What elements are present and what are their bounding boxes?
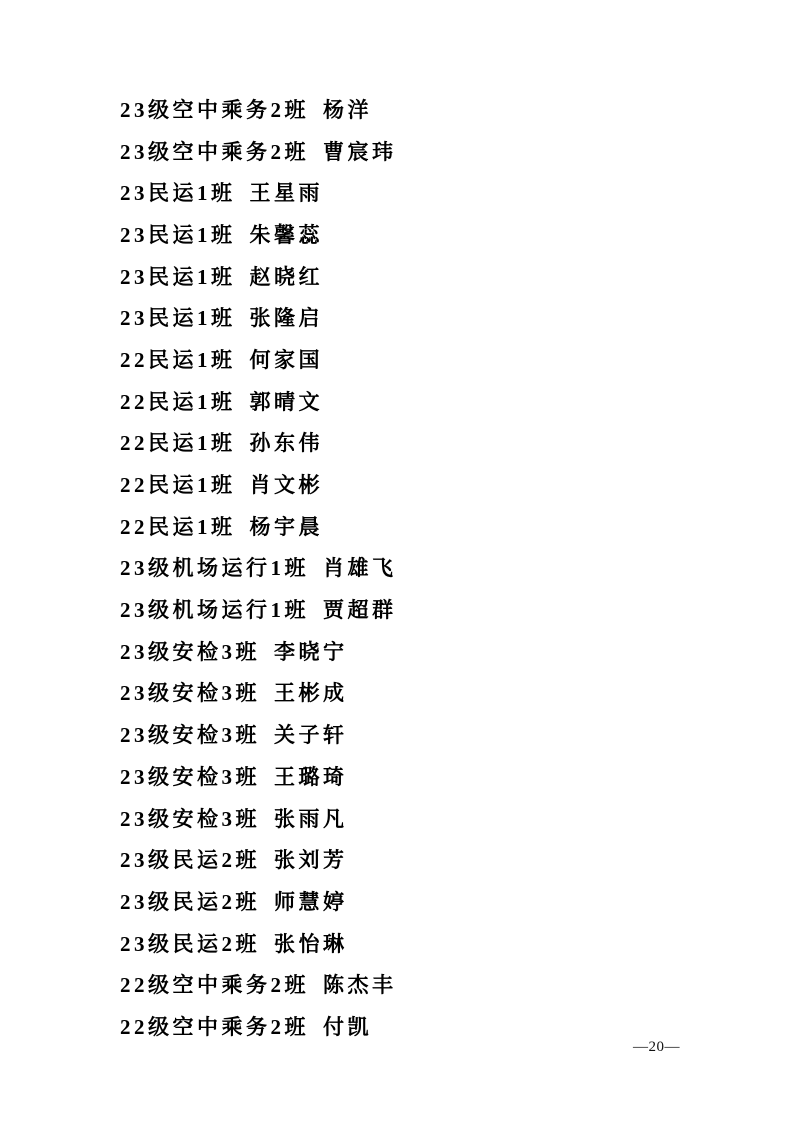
class-label: 23级机场运行1班 — [120, 594, 309, 624]
student-name: 陈杰丰 — [323, 969, 397, 999]
student-name: 关子轩 — [274, 719, 348, 749]
roster-row: 23级安检3班 王彬成 — [120, 672, 733, 714]
class-label: 23民运1班 — [120, 177, 236, 207]
class-label: 22民运1班 — [120, 427, 236, 457]
class-label: 23民运1班 — [120, 302, 236, 332]
class-label: 23级民运2班 — [120, 928, 260, 958]
class-label: 23级机场运行1班 — [120, 552, 309, 582]
student-name: 师慧婷 — [274, 886, 348, 916]
student-name: 张怡琳 — [274, 928, 348, 958]
student-name: 杨宇晨 — [250, 511, 324, 541]
roster-row: 23级民运2班 师慧婷 — [120, 880, 733, 922]
roster-row: 22民运1班 何家国 — [120, 338, 733, 380]
class-label: 22级空中乘务2班 — [120, 969, 309, 999]
class-label: 22民运1班 — [120, 469, 236, 499]
roster-row: 23级安检3班 关子轩 — [120, 713, 733, 755]
class-label: 23民运1班 — [120, 261, 236, 291]
class-label: 22民运1班 — [120, 386, 236, 416]
roster-row: 23级民运2班 张刘芳 — [120, 838, 733, 880]
student-name: 张雨凡 — [274, 803, 348, 833]
student-name: 孙东伟 — [250, 427, 324, 457]
student-name: 赵晓红 — [250, 261, 324, 291]
student-name: 李晓宁 — [274, 636, 348, 666]
student-name: 曹宸玮 — [323, 136, 397, 166]
roster-row: 23民运1班 张隆启 — [120, 296, 733, 338]
class-label: 23级安检3班 — [120, 719, 260, 749]
student-name: 张隆启 — [250, 302, 324, 332]
roster-row: 23级机场运行1班 肖雄飞 — [120, 547, 733, 589]
student-roster: 23级空中乘务2班 杨洋 23级空中乘务2班 曹宸玮 23民运1班 王星雨 23… — [120, 88, 733, 1047]
roster-row: 22民运1班 肖文彬 — [120, 463, 733, 505]
student-name: 王璐琦 — [274, 761, 348, 791]
student-name: 肖文彬 — [250, 469, 324, 499]
class-label: 23级安检3班 — [120, 761, 260, 791]
roster-row: 22级空中乘务2班 陈杰丰 — [120, 963, 733, 1005]
roster-row: 23级安检3班 张雨凡 — [120, 797, 733, 839]
student-name: 张刘芳 — [274, 844, 348, 874]
roster-row: 23民运1班 赵晓红 — [120, 255, 733, 297]
roster-row: 23级民运2班 张怡琳 — [120, 922, 733, 964]
document-page: 23级空中乘务2班 杨洋 23级空中乘务2班 曹宸玮 23民运1班 王星雨 23… — [0, 0, 793, 1122]
class-label: 23级空中乘务2班 — [120, 136, 309, 166]
class-label: 23民运1班 — [120, 219, 236, 249]
class-label: 22民运1班 — [120, 344, 236, 374]
page-number: —20— — [633, 1039, 680, 1056]
student-name: 肖雄飞 — [323, 552, 397, 582]
student-name: 郭晴文 — [250, 386, 324, 416]
roster-row: 23级机场运行1班 贾超群 — [120, 588, 733, 630]
class-label: 23级安检3班 — [120, 636, 260, 666]
roster-row: 23民运1班 朱馨蕊 — [120, 213, 733, 255]
class-label: 23级安检3班 — [120, 677, 260, 707]
class-label: 23级民运2班 — [120, 844, 260, 874]
student-name: 付凯 — [323, 1011, 372, 1041]
roster-row: 23民运1班 王星雨 — [120, 171, 733, 213]
class-label: 23级安检3班 — [120, 803, 260, 833]
roster-row: 23级安检3班 王璐琦 — [120, 755, 733, 797]
roster-row: 23级空中乘务2班 杨洋 — [120, 88, 733, 130]
class-label: 22级空中乘务2班 — [120, 1011, 309, 1041]
class-label: 23级空中乘务2班 — [120, 94, 309, 124]
student-name: 何家国 — [250, 344, 324, 374]
student-name: 王星雨 — [250, 177, 324, 207]
roster-row: 23级安检3班 李晓宁 — [120, 630, 733, 672]
student-name: 王彬成 — [274, 677, 348, 707]
class-label: 22民运1班 — [120, 511, 236, 541]
roster-row: 23级空中乘务2班 曹宸玮 — [120, 130, 733, 172]
roster-row: 22民运1班 孙东伟 — [120, 422, 733, 464]
roster-row: 22民运1班 郭晴文 — [120, 380, 733, 422]
student-name: 贾超群 — [323, 594, 397, 624]
class-label: 23级民运2班 — [120, 886, 260, 916]
student-name: 杨洋 — [323, 94, 372, 124]
roster-row: 22民运1班 杨宇晨 — [120, 505, 733, 547]
student-name: 朱馨蕊 — [250, 219, 324, 249]
